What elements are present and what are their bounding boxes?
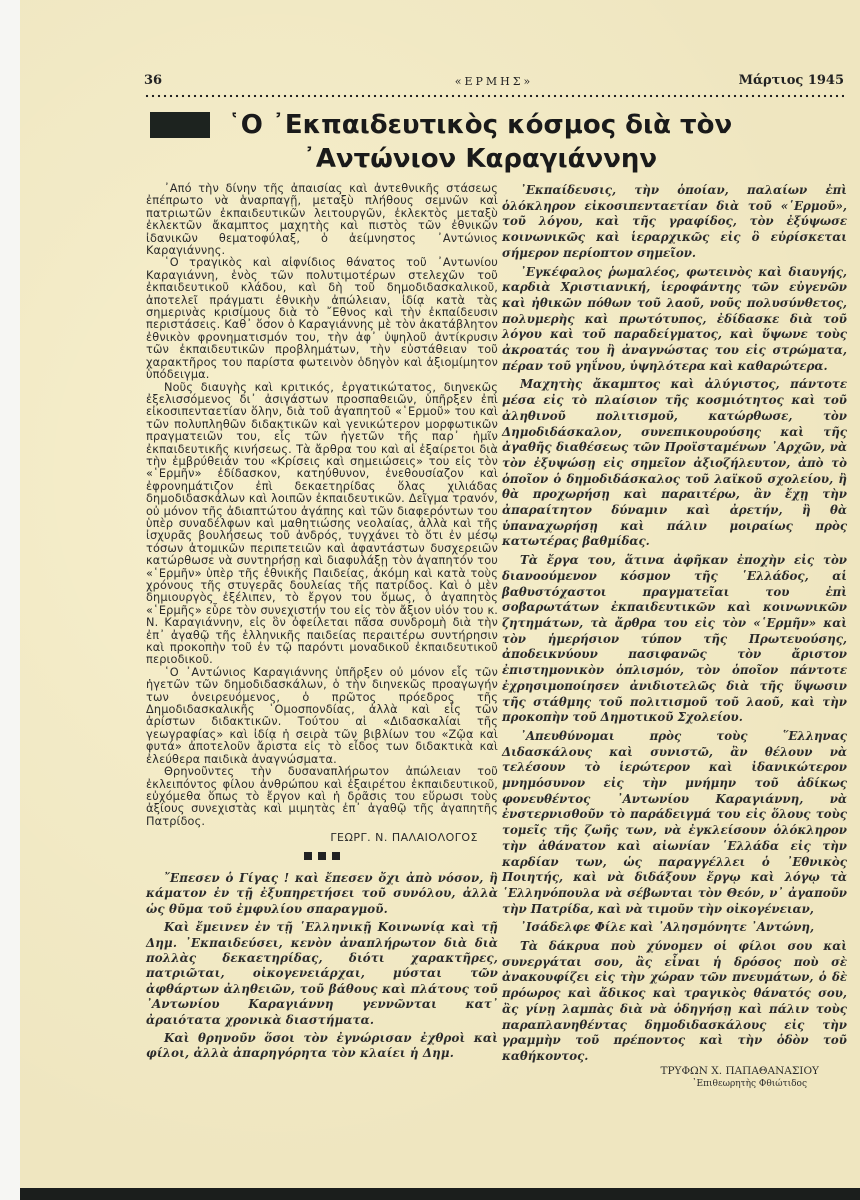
paragraph: Καὶ ἔμεινεν ἐν τῇ ῾Ελληνικῇ Κοινωνίᾳ καὶ…: [146, 920, 498, 1028]
salutation: ᾿Ισάδελφε Φίλε καὶ ᾿Αλησμόνητε ᾿Αντώνη,: [502, 920, 847, 936]
paragraph: ῎Επεσεν ὁ Γίγας ! καὶ ἔπεσεν ὄχι ἀπὸ νόσ…: [146, 871, 498, 917]
left-column: ᾿Από τὴν δίνην τῆς ἀπαισίας καὶ ἀντεθνικ…: [146, 183, 498, 1062]
section-separator: [146, 851, 498, 863]
paragraph: ᾿Απευθύνομαι πρὸς τοὺς ῞Ελληνας Διδασκάλ…: [502, 729, 847, 917]
italic-section: ῎Επεσεν ὁ Γίγας ! καὶ ἔπεσεν ὄχι ἀπὸ νόσ…: [146, 871, 498, 1062]
paragraph: ᾿Από τὴν δίνην τῆς ἀπαισίας καὶ ἀντεθνικ…: [146, 183, 498, 257]
author-signature: ΤΡΥΦΩΝ Χ. ΠΑΠΑΘΑΝΑΣΙΟΥ: [502, 1065, 847, 1078]
scan-bottom-edge: [20, 1188, 860, 1200]
paragraph: Τὰ δάκρυα ποὺ χύνομεν οἱ φίλοι σου καὶ σ…: [502, 939, 847, 1065]
paragraph: ῾Ο τραγικὸς καὶ αἰφνίδιος θάνατος τοῦ ᾿Α…: [146, 257, 498, 381]
square-bullet-icon: [332, 852, 340, 860]
scan-margin: [0, 0, 22, 1200]
square-bullet-icon: [318, 852, 326, 860]
paragraph: Νοῦς διαυγὴς καὶ κριτικός, ἐργατικώτατος…: [146, 382, 498, 667]
paragraph: Τὰ ἔργα του, ἅτινα ἀφῆκαν ἐποχὴν εἰς τὸν…: [502, 553, 847, 726]
square-bullet-icon: [304, 852, 312, 860]
paragraph: ᾿Εκπαίδευσις, τὴν ὁποίαν, παλαίων ἐπὶ ὁλ…: [502, 183, 847, 262]
title-decoration-block: [150, 112, 210, 138]
issue-date: Μάρτιος 1945: [739, 73, 844, 88]
right-column: ᾿Εκπαίδευσις, τὴν ὁποίαν, παλαίων ἐπὶ ὁλ…: [502, 183, 847, 1090]
paragraph: Θρηνοῦντες τὴν δυσαναπλήρωτον ἀπώλειαν τ…: [146, 766, 498, 828]
paragraph: Μαχητὴς ἄκαμπτος καὶ ἀλύγιστος, πάντοτε …: [502, 377, 847, 550]
article-title: ῾Ο ᾿Εκπαιδευτικὸς κόσμος διὰ τὸν ᾿Αντώνι…: [210, 108, 750, 176]
dotted-rule: [144, 94, 844, 98]
author-title: ᾿Επιθεωρητὴς Φθιώτιδος: [502, 1078, 847, 1090]
title-line-1: ῾Ο ᾿Εκπαιδευτικὸς κόσμος διὰ τὸν: [210, 108, 750, 142]
title-line-2: ᾿Αντώνιον Καραγιάννην: [210, 142, 750, 176]
paragraph: Καὶ θρηνοῦν ὅσοι τὸν ἐγνώρισαν ἐχθροὶ κα…: [146, 1031, 498, 1062]
running-header: 36 «ΕΡΜΗΣ» Μάρτιος 1945: [144, 73, 844, 93]
paragraph: ῾Ο ᾿Αντώνιος Καραγιάννης ὑπῆρξεν οὐ μόνο…: [146, 667, 498, 766]
paragraph: ᾿Εγκέφαλος ῥωμαλέος, φωτεινὸς καὶ διαυγή…: [502, 265, 847, 375]
author-signature: ΓΕΩΡΓ. Ν. ΠΑΛΑΙΟΛΟΓΟΣ: [146, 832, 498, 844]
